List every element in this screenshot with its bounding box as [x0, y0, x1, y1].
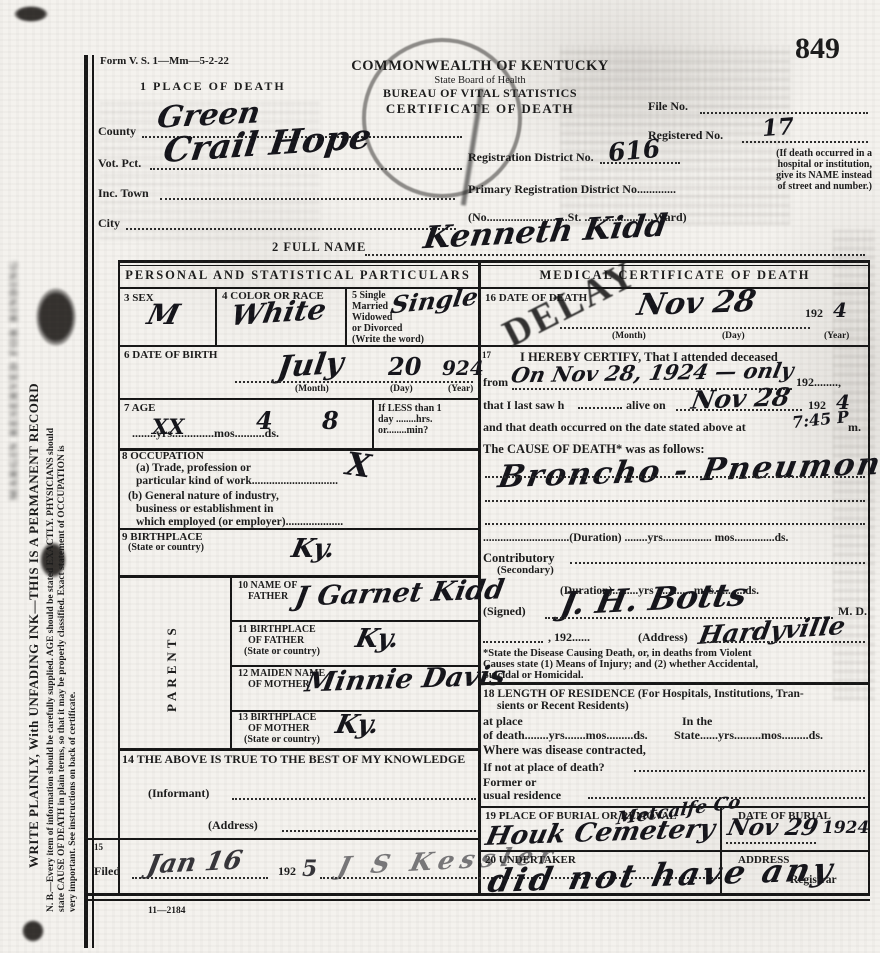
last-saw-mid: alive on — [626, 398, 666, 413]
filed-date-blank — [132, 877, 268, 879]
binding-margin-note: MARGIN RESERVED FOR BINDING — [8, 170, 20, 500]
death-time-suffix: m. — [848, 420, 861, 435]
residence-label-1: 18 LENGTH OF RESIDENCE (For Hospitals, I… — [483, 688, 804, 700]
cause-footnote-2: Causes state (1) Means of Injury; and (2… — [483, 659, 758, 670]
dob-label: 6 DATE OF BIRTH — [124, 349, 217, 361]
secondary-label: (Secondary) — [497, 564, 554, 576]
filed-label: Filed — [94, 864, 120, 879]
residence-in-the: In the — [682, 714, 712, 729]
place-of-death-section-label: 1 PLACE OF DEATH — [140, 79, 286, 94]
dob-sub-month: (Month) — [295, 384, 329, 394]
registered-no-blank — [742, 141, 868, 143]
informant-blank — [232, 798, 476, 800]
notary-seal — [362, 38, 522, 198]
father-birthplace-value: Ky. — [353, 624, 402, 654]
ink-blot — [36, 288, 76, 346]
race-marital-divider — [345, 289, 347, 345]
city-blank — [126, 228, 456, 230]
sex-value: M — [144, 298, 183, 331]
residence-state-line: State......yrs.........mos.........ds. — [674, 728, 823, 743]
occupation-a2: particular kind of work.................… — [136, 475, 338, 487]
age-ds-value: 8 — [322, 406, 339, 435]
cause-blank-2 — [485, 500, 865, 502]
table-top-rule-2 — [118, 265, 870, 266]
cause-blank-3 — [485, 523, 865, 525]
informant-label: (Informant) — [148, 786, 209, 801]
residence-of-death-line: of death........yrs.......mos.........ds… — [483, 728, 648, 743]
mother-name-value: Minnie Davis — [303, 661, 508, 699]
dod-year-printed: 192 — [805, 306, 823, 321]
last-saw-strike — [578, 407, 622, 409]
dob-month-value: July — [275, 346, 346, 385]
write-plainly-note: WRITE PLAINLY, With UNFADING INK—THIS IS… — [26, 383, 42, 868]
dod-sub-month: (Month) — [612, 331, 646, 341]
father-birthplace-label: 11 BIRTHPLACE OF FATHER (State or countr… — [238, 624, 320, 657]
residence-at-place: at place — [483, 714, 523, 729]
registration-district-label: Registration District No. — [468, 150, 594, 165]
mother-birthplace-value: Ky. — [333, 710, 382, 740]
death-certificate-scan: MARGIN RESERVED FOR BINDING WRITE PLAINL… — [0, 0, 880, 953]
nb-instructions-note: N. B.—Every item of information should b… — [46, 428, 79, 912]
attestation-bottom-rule — [88, 838, 480, 840]
file-no-label: File No. — [648, 99, 688, 114]
primary-registration-label: Primary Registration District No........… — [468, 182, 676, 197]
certificate-number-stamp: 849 — [795, 32, 840, 66]
filed-year-printed: 192 — [278, 864, 296, 879]
informant-address-blank — [282, 830, 476, 832]
cause-blank-1 — [485, 476, 865, 478]
inc-town-blank — [160, 198, 455, 200]
sex-race-divider — [215, 289, 217, 345]
age-yrs-value: XX — [152, 414, 185, 439]
date-of-death-blank — [560, 327, 810, 329]
table-bottom-rule — [88, 893, 870, 896]
registered-no-value: 17 — [761, 113, 795, 142]
age-label: 7 AGE — [124, 402, 155, 414]
occupation-label: 8 OCCUPATION — [122, 450, 204, 462]
last-saw-value: Nov 28 — [689, 382, 792, 414]
cause-footnote-3: Suicidal or Homicidal. — [483, 670, 583, 681]
attestation-statement: 14 THE ABOVE IS TRUE TO THE BEST OF MY K… — [122, 752, 465, 767]
certify-item-no: 17 — [482, 350, 491, 360]
age-subbox-divider — [372, 398, 374, 448]
residence-usual: usual residence — [483, 788, 561, 803]
burial-year-value: 1924 — [822, 818, 869, 838]
occupation-b2: business or establishment in — [136, 503, 274, 515]
registration-district-blank — [600, 162, 680, 164]
burial-date-value: Nov 29 — [725, 814, 820, 841]
hospital-note: (If death occurred in a hospital or inst… — [660, 148, 872, 192]
left-border-rule — [84, 55, 88, 948]
city-label: City — [98, 216, 120, 231]
vot-pct-blank — [150, 168, 462, 170]
race-value: White — [228, 293, 328, 332]
dob-year-value: 924 — [442, 356, 484, 380]
physician-address-label: (Address) — [638, 630, 688, 645]
ink-blot — [22, 920, 44, 942]
full-name-label: 2 FULL NAME — [272, 240, 366, 255]
row-rule-dob-bottom — [118, 398, 480, 400]
occurred-line: and that death occurred on the date stat… — [483, 420, 746, 435]
father-name-value: J Garnet Kidd — [293, 574, 507, 612]
birthplace-value: Ky. — [289, 534, 338, 564]
parents-bottom-rule — [118, 748, 480, 751]
age-mos-value: 4 — [256, 406, 273, 435]
residence-top-rule — [480, 682, 870, 685]
table-left-border — [118, 260, 120, 895]
print-code: 11—2184 — [148, 906, 185, 916]
row-rule-occ-bottom — [118, 528, 480, 530]
physician-address-blank — [702, 641, 865, 643]
table-bottom-rule-2 — [88, 899, 870, 901]
cause-footnote-1: *State the Disease Causing Death, or, in… — [483, 648, 752, 659]
burial-date-blank — [726, 842, 816, 844]
from-label: from — [483, 375, 508, 390]
sex-label: 3 SEX — [124, 292, 154, 304]
dod-sub-year: (Year) — [824, 331, 849, 341]
dob-sub-day: (Day) — [390, 384, 413, 394]
ink-blot — [14, 6, 48, 22]
residence-label-2: sients or Recent Residents) — [497, 700, 629, 712]
vot-pct-label: Vot. Pct. — [98, 156, 141, 171]
filed-item-no: 15 — [94, 842, 103, 852]
father-name-label: 10 NAME OF FATHER — [238, 580, 297, 602]
signed-label: (Signed) — [483, 604, 526, 619]
birthplace-sub: (State or country) — [128, 542, 204, 553]
dod-year-written: 4 — [833, 298, 847, 322]
medical-section-header: MEDICAL CERTIFICATE OF DEATH — [480, 268, 870, 283]
dod-sub-day: (Day) — [722, 331, 745, 341]
table-right-border — [868, 260, 870, 895]
contributory-blank — [570, 562, 865, 564]
date-of-death-value: Nov 28 — [634, 284, 758, 323]
residence-if-not-blank — [634, 770, 865, 772]
occupation-b3: which employed (or employer)............… — [136, 516, 343, 528]
dob-blank — [235, 381, 473, 383]
informant-address-label: (Address) — [208, 818, 258, 833]
occupation-b1: (b) General nature of industry, — [128, 490, 279, 502]
row-rule-sex-bottom — [118, 345, 870, 347]
mother-birthplace-label: 13 BIRTHPLACE OF MOTHER (State or countr… — [238, 712, 320, 745]
age-less-note: If LESS than 1 day ........hrs. or......… — [378, 403, 442, 436]
year-blank-dots — [483, 641, 543, 643]
parents-label-divider — [230, 577, 232, 748]
residence-contracted: Where was disease contracted, — [483, 743, 646, 758]
table-top-rule — [118, 260, 870, 263]
parents-row-rule-1 — [230, 620, 480, 622]
full-name-value: Kenneth Kidd — [421, 208, 670, 257]
inc-town-label: Inc. Town — [98, 186, 149, 201]
physician-signature: J. H. Botts — [557, 575, 750, 623]
left-border-rule-thin — [92, 55, 94, 948]
filed-year-written: 5 — [302, 856, 317, 882]
dob-sub-year: (Year) — [448, 384, 473, 394]
residence-if-not: If not at place of death? — [483, 760, 605, 775]
parents-side-label: PARENTS — [164, 624, 180, 712]
occupation-a1: (a) Trade, profession or — [136, 462, 251, 474]
year-blank-label: , 192...... — [548, 630, 590, 645]
last-saw-pre: that I last saw h — [483, 398, 564, 413]
filed-date-value: Jan 16 — [145, 846, 245, 881]
form-number: Form V. S. 1—Mm—5-2-22 — [100, 55, 229, 67]
duration-line-1: ..............................(Duration)… — [483, 532, 788, 544]
from-year-printed: 192........, — [796, 375, 841, 390]
personal-section-header: PERSONAL AND STATISTICAL PARTICULARS — [118, 268, 478, 283]
occupation-a-value: X — [343, 444, 373, 485]
county-label: County — [98, 124, 136, 139]
dob-day-value: 20 — [388, 352, 421, 381]
